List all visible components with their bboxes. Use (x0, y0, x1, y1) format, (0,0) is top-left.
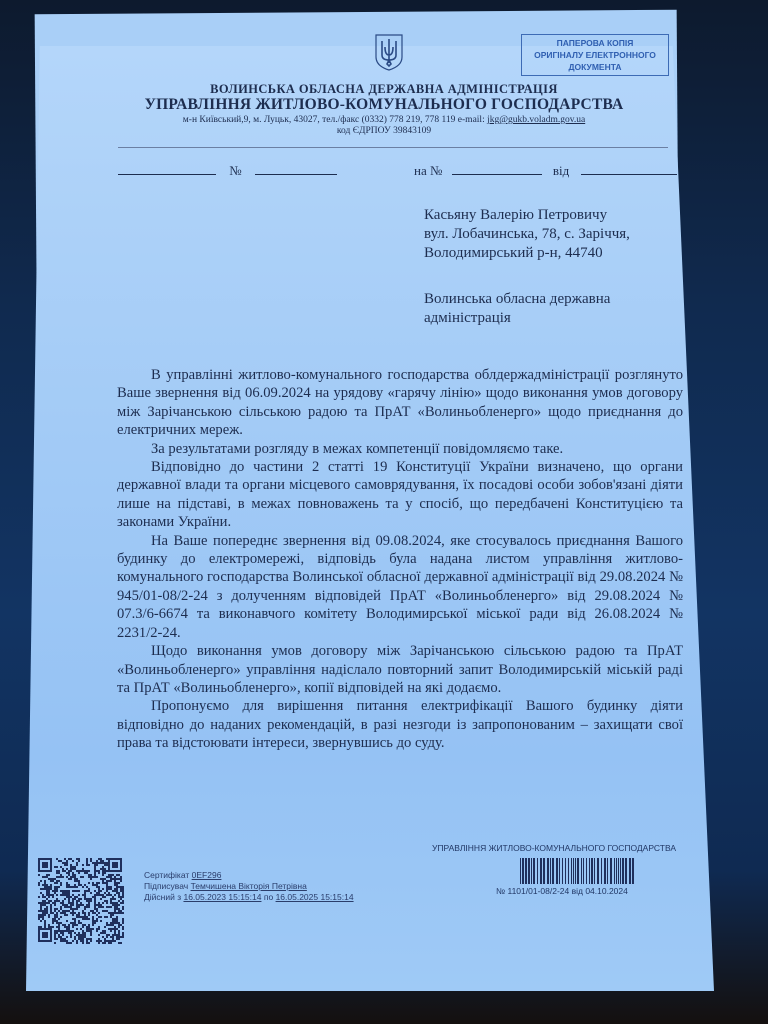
trident-emblem-icon (374, 33, 404, 71)
date-field (118, 162, 216, 175)
incoming-reference: на № від (414, 162, 677, 179)
valid-from: 16.05.2023 15:15:14 (183, 892, 261, 902)
on-date-field (581, 162, 677, 175)
registration-number: № 1101/01-08/2-24 від 04.10.2024 (496, 886, 628, 896)
edrpou-code: код ЄДРПОУ 39843109 (0, 126, 768, 136)
letter-page: ПАПЕРОВА КОПІЯ ОРИГІНАЛУ ЕЛЕКТРОННОГО ДО… (0, 0, 768, 1024)
body-paragraph: На Ваше попереднє звернення від 09.08.20… (117, 532, 683, 642)
body-paragraph: Пропонуємо для вирішення питання електри… (117, 697, 683, 752)
certificate-id: 0EF296 (192, 870, 222, 880)
header-divider (118, 147, 668, 148)
outgoing-reference: № (118, 162, 337, 179)
signer-name: Темчишена Вікторія Петрівна (191, 881, 307, 891)
body-paragraph: За результатами розгляду в межах компете… (117, 440, 683, 458)
body-paragraph: В управлінні житлово-комунального господ… (117, 366, 683, 440)
org-address: м-н Київський,9, м. Луцьк, 43027, тел./ф… (0, 115, 768, 125)
barcode-icon (518, 858, 638, 888)
org-name-line1: ВОЛИНСЬКА ОБЛАСНА ДЕРЖАВНА АДМІНІСТРАЦІЯ (0, 82, 768, 97)
copy-recipient: Волинська обласна державна адміністрація (424, 290, 610, 328)
recipient-address: Касьяну Валерію Петровичу вул. Лобачинсь… (424, 206, 630, 263)
qr-code-icon (38, 858, 124, 944)
paper-copy-stamp: ПАПЕРОВА КОПІЯ ОРИГІНАЛУ ЕЛЕКТРОННОГО ДО… (521, 34, 669, 76)
letter-body: В управлінні житлово-комунального господ… (117, 366, 683, 753)
body-paragraph: Щодо виконання умов договору між Зарічан… (117, 642, 683, 697)
signature-block: Сертифікат 0EF296 Підписувач Темчишена В… (144, 870, 354, 903)
on-number-field (452, 162, 542, 175)
number-field (255, 162, 337, 175)
valid-to: 16.05.2025 15:15:14 (276, 892, 354, 902)
org-name-line2: УПРАВЛІННЯ ЖИТЛОВО-КОМУНАЛЬНОГО ГОСПОДАР… (0, 96, 768, 114)
body-paragraph: Відповідно до частини 2 статті 19 Консти… (117, 458, 683, 532)
registration-org: УПРАВЛІННЯ ЖИТЛОВО-КОМУНАЛЬНОГО ГОСПОДАР… (432, 843, 676, 853)
email-link[interactable]: jkg@gukb.voladm.gov.ua (487, 115, 585, 125)
